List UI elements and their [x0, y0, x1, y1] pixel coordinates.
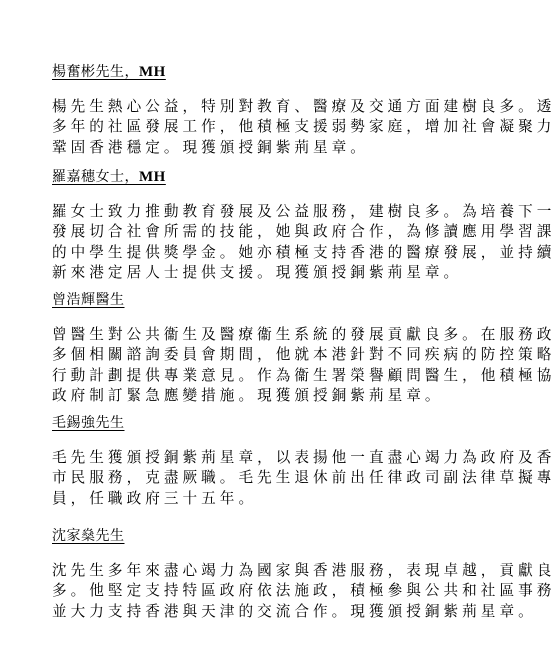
awardee-section-2: 羅嘉穗女士，MH 羅女士致力推動教育發展及公益服務，建樹良多。為培養下一代 發展… [52, 168, 492, 283]
citation-line: 發展切合社會所需的技能，她與政府合作，為修讀應用學習課程 [52, 222, 492, 242]
citation-line: 曾醫生對公共衞生及醫療衞生系統的發展貢獻良多。在服務政府 [52, 325, 492, 345]
citation-line: 沈先生多年來盡心竭力為國家與香港服務，表現卓越，貢獻良 [52, 561, 492, 581]
citation-line: 多。他堅定支持特區政府依法施政，積極參與公共和社區事務， [52, 581, 492, 601]
citation-line: 多年的社區發展工作，他積極支援弱勢家庭，增加社會凝聚力， [52, 117, 492, 137]
citation-line: 員，任職政府三十五年。 [52, 489, 492, 509]
awardee-name-heading: 羅嘉穗女士，MH [52, 168, 492, 186]
awardee-section-1: 楊奮彬先生，MH 楊先生熱心公益，特別對教育、醫療及交通方面建樹良多。透過 多年… [52, 63, 492, 158]
awardee-name-heading: 曾浩輝醫生 [52, 291, 492, 309]
honour-suffix: MH [139, 64, 166, 80]
awardee-section-4: 毛錫強先生 毛先生獲頒授銅紫荊星章，以表揚他一直盡心竭力為政府及香港 市民服務，… [52, 414, 492, 509]
citation-line: 毛先生獲頒授銅紫荊星章，以表揚他一直盡心竭力為政府及香港 [52, 448, 492, 468]
awardee-section-5: 沈家燊先生 沈先生多年來盡心竭力為國家與香港服務，表現卓越，貢獻良 多。他堅定支… [52, 527, 492, 622]
citation-line: 並大力支持香港與天津的交流合作。現獲頒授銅紫荊星章。 [52, 602, 492, 622]
awardee-name: 曾浩輝醫生 [52, 292, 125, 308]
citation-line: 多個相關諮詢委員會期間，他就本港針對不同疾病的防控策略及 [52, 345, 492, 365]
citation-line: 行動計劃提供專業意見。作為衞生署榮譽顧問醫生，他積極協助 [52, 366, 492, 386]
awardee-name: 羅嘉穗女士， [52, 169, 139, 185]
citation-line: 新來港定居人士提供支援。現獲頒授銅紫荊星章。 [52, 263, 492, 283]
awardee-name: 毛錫強先生 [52, 415, 125, 431]
citation-paragraph: 楊先生熱心公益，特別對教育、醫療及交通方面建樹良多。透過 多年的社區發展工作，他… [52, 97, 492, 158]
awardee-name-heading: 沈家燊先生 [52, 527, 492, 545]
citation-line: 楊先生熱心公益，特別對教育、醫療及交通方面建樹良多。透過 [52, 97, 492, 117]
honour-suffix: MH [139, 169, 166, 185]
awardee-name-heading: 楊奮彬先生，MH [52, 63, 492, 81]
citation-line: 市民服務，克盡厥職。毛先生退休前出任律政司副法律草擬專 [52, 468, 492, 488]
citation-paragraph: 曾醫生對公共衞生及醫療衞生系統的發展貢獻良多。在服務政府 多個相關諮詢委員會期間… [52, 325, 492, 406]
citation-line: 鞏固香港穩定。現獲頒授銅紫荊星章。 [52, 138, 492, 158]
citation-paragraph: 毛先生獲頒授銅紫荊星章，以表揚他一直盡心竭力為政府及香港 市民服務，克盡厥職。毛… [52, 448, 492, 509]
citation-line: 羅女士致力推動教育發展及公益服務，建樹良多。為培養下一代 [52, 202, 492, 222]
citation-paragraph: 羅女士致力推動教育發展及公益服務，建樹良多。為培養下一代 發展切合社會所需的技能… [52, 202, 492, 283]
citation-paragraph: 沈先生多年來盡心竭力為國家與香港服務，表現卓越，貢獻良 多。他堅定支持特區政府依… [52, 561, 492, 622]
awardee-name: 沈家燊先生 [52, 528, 125, 544]
citation-line: 政府制訂緊急應變措施。現獲頒授銅紫荊星章。 [52, 386, 492, 406]
citation-line: 的中學生提供獎學金。她亦積極支持香港的醫療發展，並持續為 [52, 243, 492, 263]
awardee-name: 楊奮彬先生， [52, 64, 139, 80]
awardee-name-heading: 毛錫強先生 [52, 414, 492, 432]
awardee-section-3: 曾浩輝醫生 曾醫生對公共衞生及醫療衞生系統的發展貢獻良多。在服務政府 多個相關諮… [52, 291, 492, 406]
